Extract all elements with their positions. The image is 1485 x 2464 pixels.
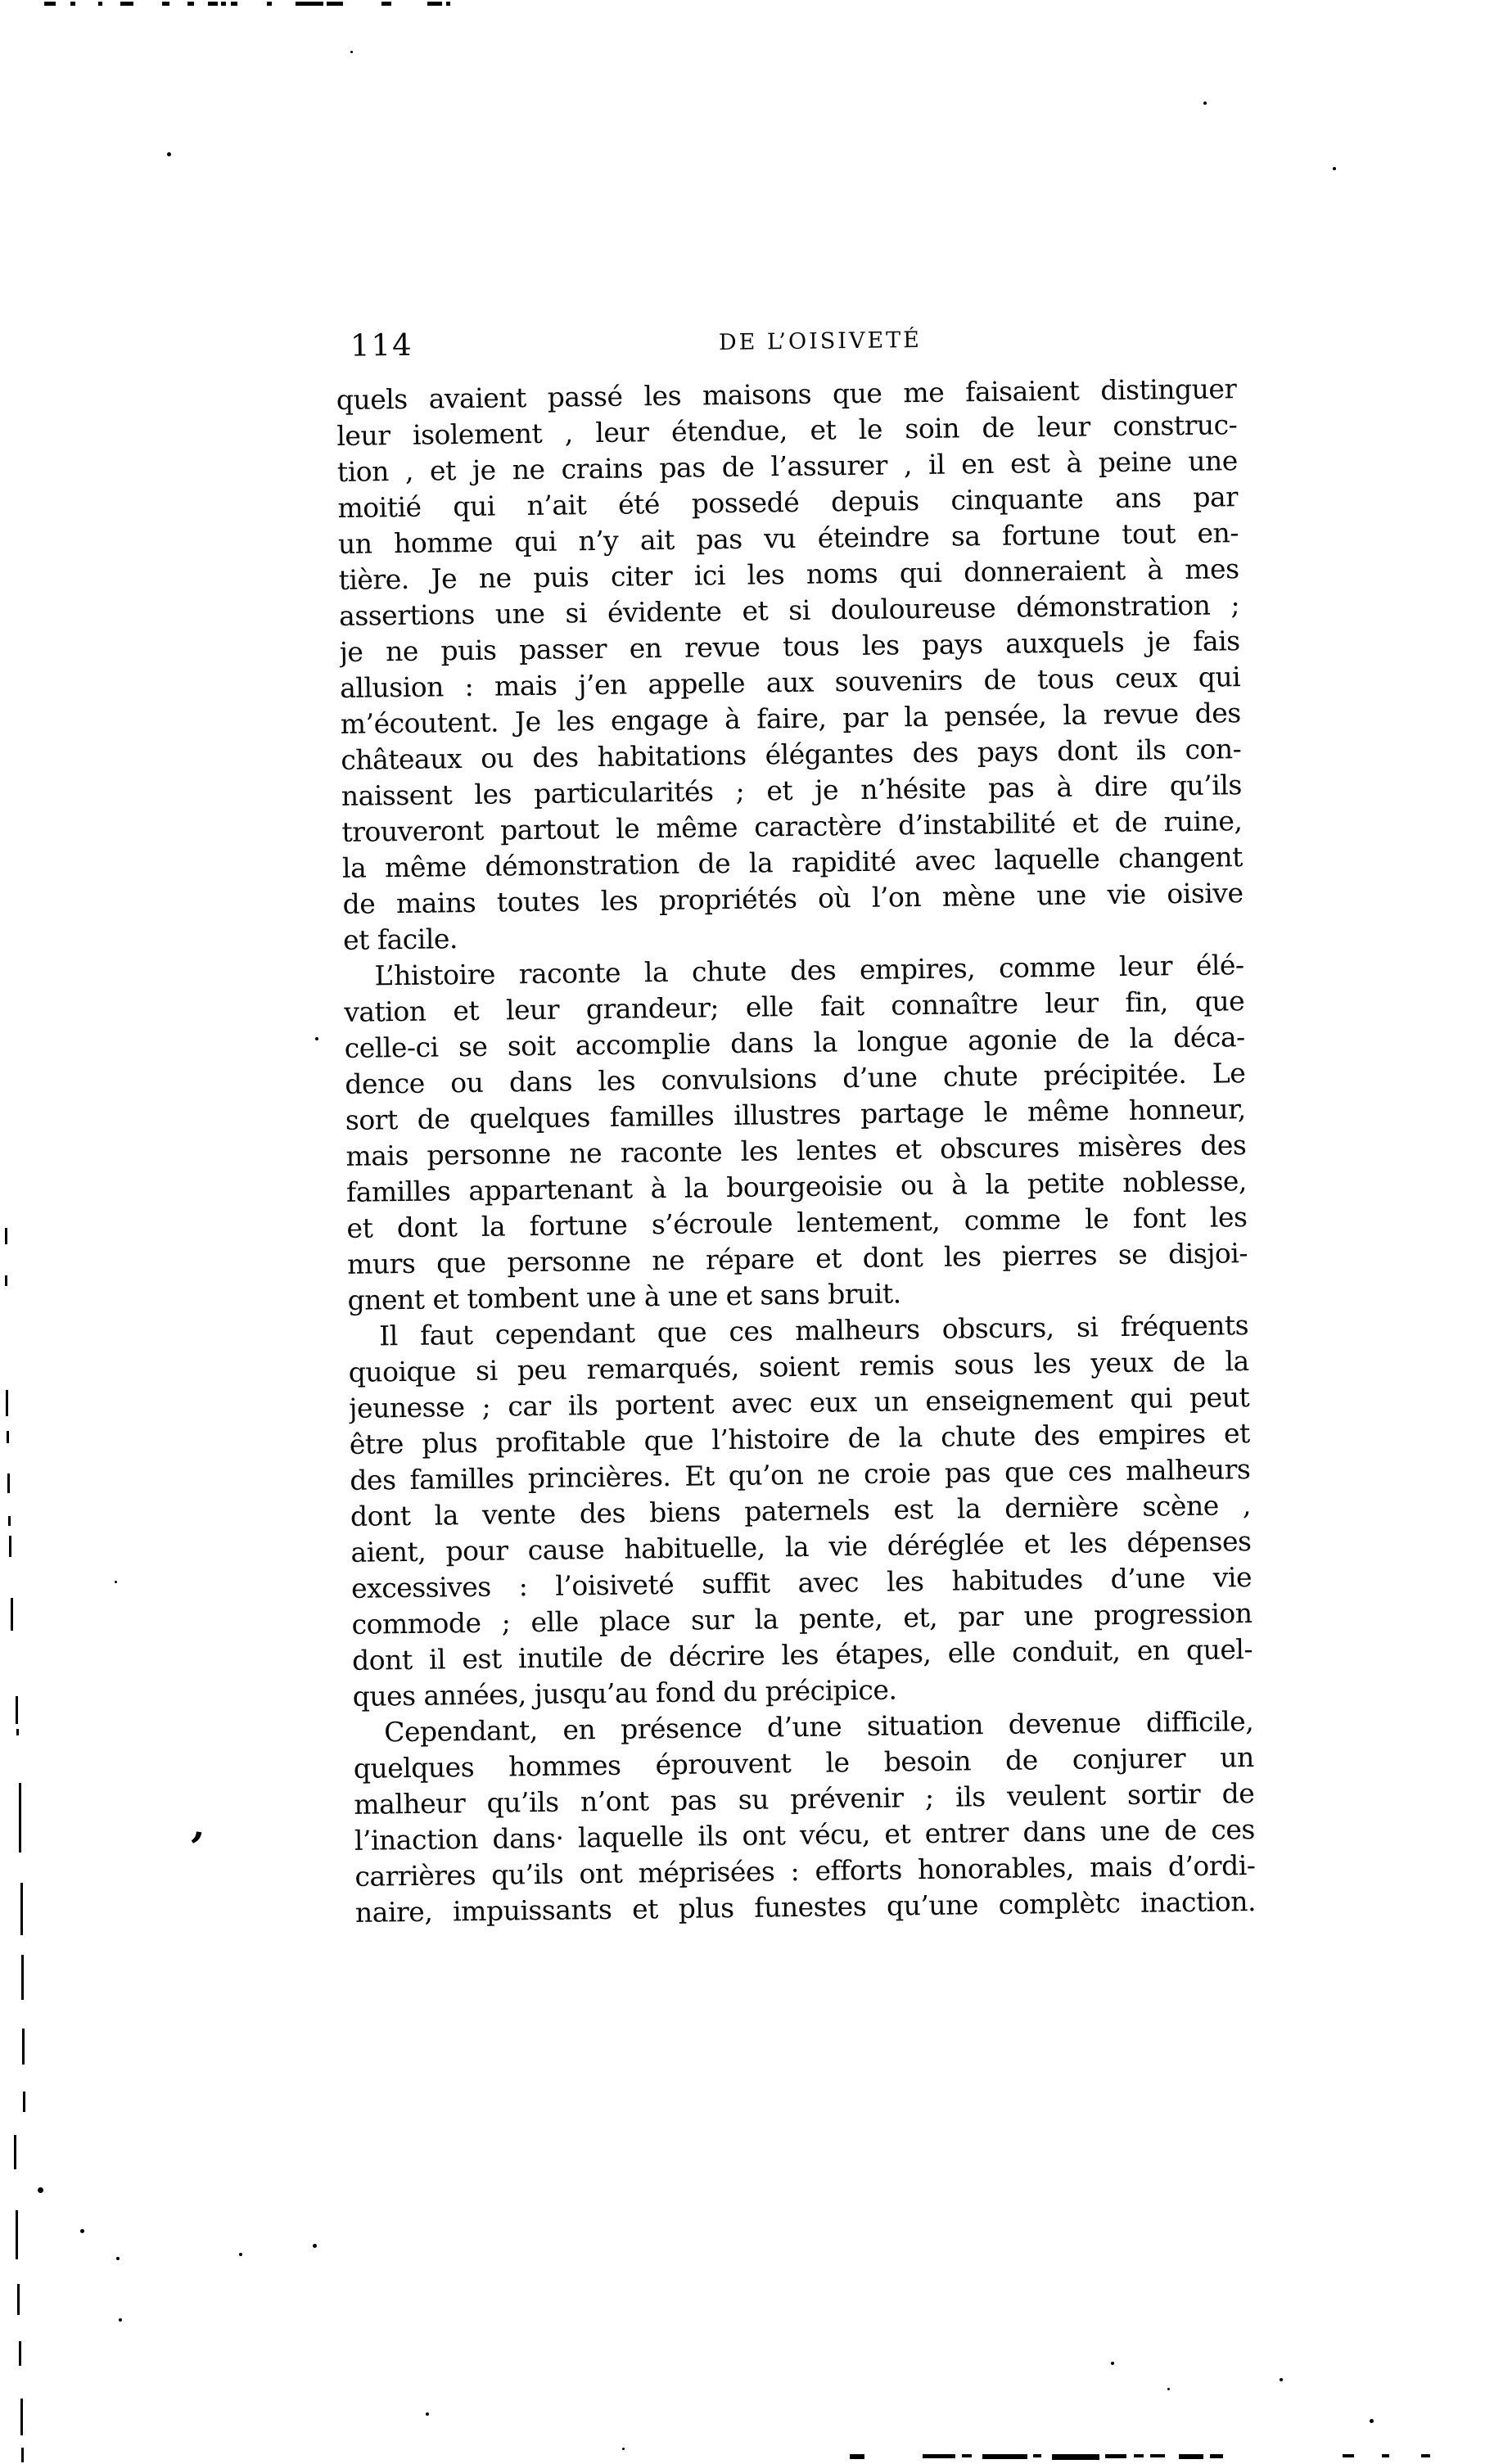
running-title: DE L’OISIVETÉ — [719, 327, 922, 355]
left-edge-line-segment — [20, 2399, 23, 2435]
top-edge-dash — [267, 2, 272, 6]
top-edge-dash — [162, 2, 169, 6]
left-edge-line-segment — [19, 1783, 21, 1853]
bottom-edge-dash — [1134, 2454, 1144, 2457]
ink-speck — [426, 2412, 429, 2416]
left-edge-line-segment — [7, 1473, 10, 1493]
left-edge-line-segment — [16, 1696, 18, 1724]
bottom-edge-dash — [1382, 2454, 1389, 2457]
ink-speck — [38, 2187, 43, 2193]
top-edge-dash — [221, 2, 226, 6]
left-edge-line-segment — [22, 2029, 25, 2065]
left-edge-line-segment — [5, 1228, 7, 1244]
ink-speck — [1333, 167, 1336, 170]
ink-speck — [1370, 2419, 1374, 2423]
top-edge-dash — [187, 2, 194, 6]
left-edge-line-segment — [11, 1598, 13, 1631]
left-edge-line-segment — [16, 2210, 18, 2259]
ink-speck — [80, 2229, 84, 2233]
top-edge-dash — [296, 2, 323, 6]
ink-speck — [350, 51, 353, 53]
left-edge-line-segment — [8, 1516, 11, 1526]
left-edge-line-segment — [7, 1431, 9, 1443]
ink-speck — [1167, 2388, 1170, 2390]
ink-speck — [239, 2253, 242, 2256]
page-number: 114 — [350, 327, 413, 363]
scanned-book-page: { "page": { "number": "114", "running_ti… — [0, 0, 1485, 2464]
ink-comma-artifact: , — [191, 1805, 209, 1844]
left-edge-line-segment — [6, 1390, 8, 1416]
page-scan: 114 DE L’OISIVETÉ quels avaient passé le… — [336, 317, 1257, 1931]
bottom-edge-dash — [982, 2454, 1027, 2459]
ink-speck — [315, 1037, 318, 1040]
ink-speck — [622, 2448, 625, 2450]
top-edge-dash — [208, 2, 218, 6]
text-block: quels avaient passé les maisons que me f… — [336, 371, 1257, 1931]
left-edge-line-segment — [21, 1955, 24, 2000]
top-edge-dash — [98, 2, 102, 6]
bottom-edge-dash — [1343, 2454, 1354, 2457]
left-edge-line-segment — [23, 2092, 25, 2112]
bottom-edge-dash — [1210, 2454, 1223, 2458]
left-edge-line-segment — [16, 1729, 19, 1735]
left-edge-line-segment — [20, 1883, 23, 1935]
ink-speck — [167, 152, 171, 156]
ink-speck — [1111, 2362, 1114, 2365]
top-edge-dash — [327, 2, 343, 6]
ink-speck — [119, 2318, 122, 2322]
bottom-edge-dash — [962, 2454, 972, 2457]
left-edge-line-segment — [19, 2341, 21, 2366]
left-edge-line-segment — [17, 2284, 20, 2315]
page-header: 114 DE L’OISIVETÉ — [336, 317, 1237, 382]
bottom-edge-dash — [923, 2454, 955, 2458]
bottom-edge-dash — [850, 2454, 864, 2459]
bottom-edge-dash — [1179, 2454, 1203, 2459]
left-edge-line-segment — [21, 2448, 24, 2462]
top-edge-dash — [446, 2, 450, 6]
left-edge-line-segment — [9, 1536, 11, 1557]
bottom-edge-dash — [1421, 2454, 1430, 2457]
top-edge-dash — [70, 2, 75, 6]
left-edge-line-segment — [5, 1275, 7, 1286]
ink-speck — [313, 2244, 317, 2248]
top-edge-dash — [231, 2, 237, 6]
ink-speck — [1280, 2378, 1283, 2381]
top-edge-dash — [381, 2, 391, 6]
ink-speck — [116, 2257, 120, 2260]
ink-speck — [1203, 102, 1207, 105]
ink-speck — [115, 1581, 117, 1583]
top-edge-dash — [120, 2, 133, 6]
bottom-edge-dash — [1150, 2454, 1165, 2457]
bottom-edge-dash — [1052, 2454, 1099, 2460]
top-edge-dash — [44, 2, 56, 6]
bottom-edge-dash — [1105, 2454, 1126, 2458]
bottom-edge-dash — [1033, 2454, 1041, 2457]
top-edge-dash — [427, 2, 442, 6]
left-edge-line-segment — [14, 2135, 16, 2169]
